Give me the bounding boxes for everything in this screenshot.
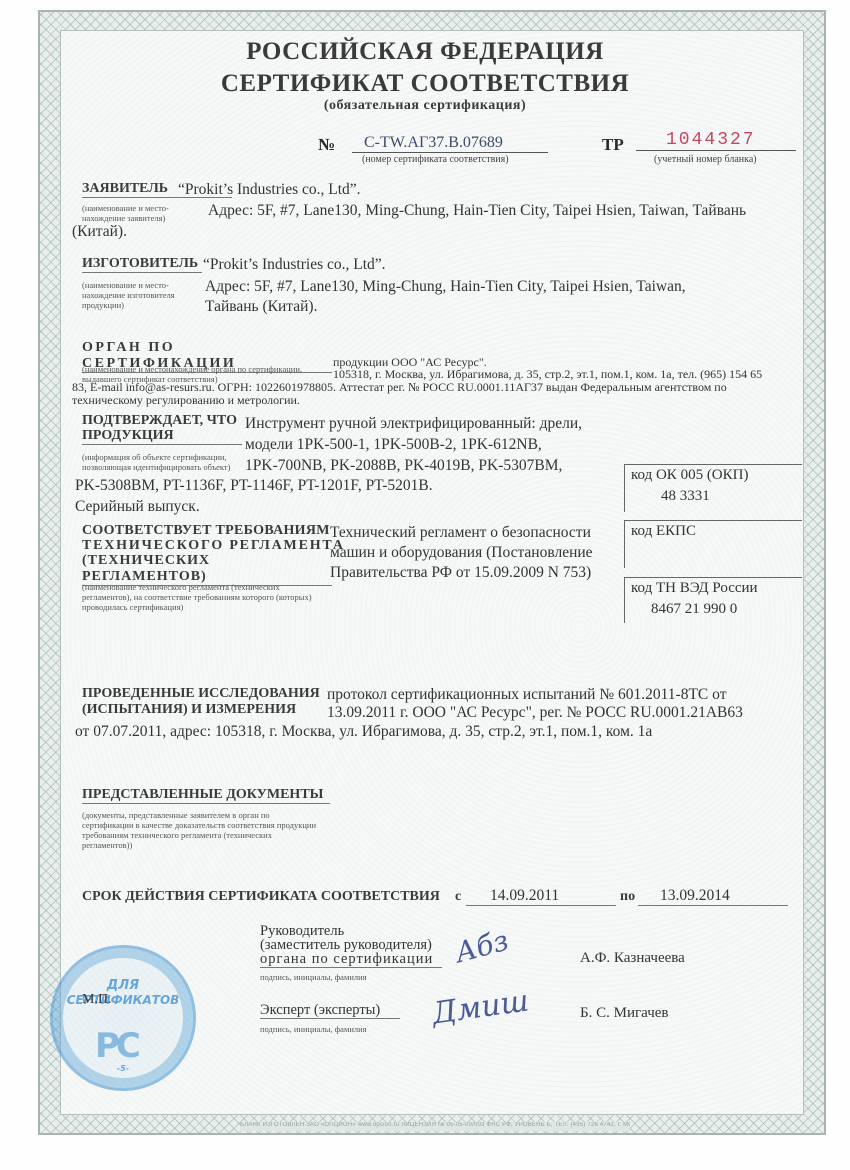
applicant-address: Адрес: 5F, #7, Lane130, Ming-Chung, Hain… xyxy=(208,201,746,220)
tests-line3: от 07.07.2011, адрес: 105318, г. Москва,… xyxy=(75,722,652,741)
regulation-title-1: СООТВЕТСТВУЕТ ТРЕБОВАНИЯМ xyxy=(82,523,330,539)
documents-title: ПРЕДСТАВЛЕННЫЕ ДОКУМЕНТЫ xyxy=(82,787,330,804)
stamp-line1: ДЛЯ xyxy=(53,978,193,993)
regulation-line3: Правительства РФ от 15.09.2009 N 753) xyxy=(330,563,591,582)
head-label-3: органа по сертификации xyxy=(260,952,442,968)
blank-micro-print: БЛАНК ИЗГОТОВЛЕН ЗАО «ОПЦИОН» www.opcion… xyxy=(240,1122,630,1131)
regulation-line2: машин и оборудования (Постановление xyxy=(330,543,593,562)
certificate-number: C-TW.АГ37.В.07689 xyxy=(352,134,548,153)
blank-number: 1044327 xyxy=(636,130,796,151)
regulation-caption: (наименование технического регламента (т… xyxy=(82,582,322,612)
blank-number-caption: (учетный номер бланка) xyxy=(654,154,757,165)
certification-stamp: ДЛЯ СЕРТИФИКАТОВ РС -5- xyxy=(50,945,196,1091)
ekps-label: код ЕКПС xyxy=(631,523,802,540)
country-title: РОССИЙСКАЯ ФЕДЕРАЦИЯ xyxy=(0,38,850,66)
validity-title: СРОК ДЕЙСТВИЯ СЕРТИФИКАТА СООТВЕТСТВИЯ xyxy=(82,889,440,905)
regulation-title-2: ТЕХНИЧЕСКОГО РЕГЛАМЕНТА xyxy=(82,538,345,554)
rst-logo-icon: РС xyxy=(95,1026,137,1066)
regulation-line1: Технический регламент о безопасности xyxy=(330,523,591,542)
product-line5: Серийный выпуск. xyxy=(75,497,200,516)
ekps-code-box: код ЕКПС xyxy=(624,520,802,568)
validity-from-date: 14.09.2011 xyxy=(466,886,616,906)
tests-title-1: ПРОВЕДЕННЫЕ ИССЛЕДОВАНИЯ xyxy=(82,686,320,702)
tests-line2: 13.09.2011 г. ООО "АС Ресурс", рег. № РО… xyxy=(327,703,743,722)
cert-body-line4: техническому регулированию и метрологии. xyxy=(72,393,300,407)
certificate-number-caption: (номер сертификата соответствия) xyxy=(362,154,509,165)
product-caption: (информация об объекте сертификации, поз… xyxy=(82,452,250,472)
head-name: А.Ф. Казначеева xyxy=(580,950,685,967)
applicant-name: “Prokit’s Industries co., Ltd”. xyxy=(178,180,361,199)
validity-to-date: 13.09.2014 xyxy=(638,886,788,906)
head-caption: подпись, инициалы, фамилия xyxy=(260,972,367,982)
tnved-label: код ТН ВЭД России xyxy=(631,580,802,597)
product-line4: PK-5308BM, PT-1136F, PT-1146F, PT-1201F,… xyxy=(75,476,433,495)
manufacturer-caption: (наименование и место-нахождение изготов… xyxy=(82,280,197,310)
cert-body-line2: 105318, г. Москва, ул. Ибрагимова, д. 35… xyxy=(333,367,762,381)
stamp-line2: СЕРТИФИКАТОВ xyxy=(53,993,193,1007)
tnved-code-box: код ТН ВЭД России 8467 21 990 0 xyxy=(624,577,802,623)
validity-to-label: по xyxy=(620,889,635,905)
expert-label: Эксперт (эксперты) xyxy=(260,1003,400,1019)
product-title-1: ПОДТВЕРЖДАЕТ, ЧТО xyxy=(82,413,237,429)
manufacturer-title: ИЗГОТОВИТЕЛЬ xyxy=(82,256,202,273)
validity-from-label: с xyxy=(455,889,461,905)
expert-caption: подпись, инициалы, фамилия xyxy=(260,1024,367,1034)
documents-caption: (документы, представленные заявителем в … xyxy=(82,810,322,850)
stamp-place-label: М.П. xyxy=(82,992,112,1008)
stamp-number: -5- xyxy=(53,1064,193,1073)
okp-value: 48 3331 xyxy=(631,488,802,505)
applicant-caption: (наименование и место-нахождение заявите… xyxy=(82,203,207,223)
tests-title-2: (ИСПЫТАНИЯ) И ИЗМЕРЕНИЯ xyxy=(82,702,296,718)
applicant-address-cont: (Китай). xyxy=(72,222,127,241)
expert-name: Б. С. Мигачев xyxy=(580,1005,668,1022)
product-line3: 1PK-700NB, PK-2088B, PK-4019B, PK-5307BM… xyxy=(245,456,562,475)
okp-label: код ОК 005 (ОКП) xyxy=(631,467,802,484)
product-title-2: ПРОДУКЦИЯ xyxy=(82,428,242,445)
tnved-value: 8467 21 990 0 xyxy=(631,601,802,618)
manufacturer-name: “Prokit’s Industries co., Ltd”. xyxy=(203,255,386,274)
manufacturer-address-cont: Тайвань (Китай). xyxy=(205,297,317,316)
product-line2: модели 1PK-500-1, 1PK-500B-2, 1PK-612NB, xyxy=(245,435,542,454)
okp-code-box: код ОК 005 (ОКП) 48 3331 xyxy=(624,464,802,512)
product-line1: Инструмент ручной электрифицированный: д… xyxy=(245,414,582,433)
number-label: № xyxy=(318,135,335,155)
manufacturer-address: Адрес: 5F, #7, Lane130, Ming-Chung, Hain… xyxy=(205,277,686,296)
cert-body-line3: 83, E-mail info@as-resurs.ru. ОГРН: 1022… xyxy=(72,380,727,394)
tp-label: ТР xyxy=(602,135,624,155)
certificate-title: СЕРТИФИКАТ СООТВЕТСТВИЯ xyxy=(0,70,850,98)
tests-line1: протокол сертификационных испытаний № 60… xyxy=(327,685,726,704)
certificate-subtitle: (обязательная сертификация) xyxy=(0,98,850,114)
